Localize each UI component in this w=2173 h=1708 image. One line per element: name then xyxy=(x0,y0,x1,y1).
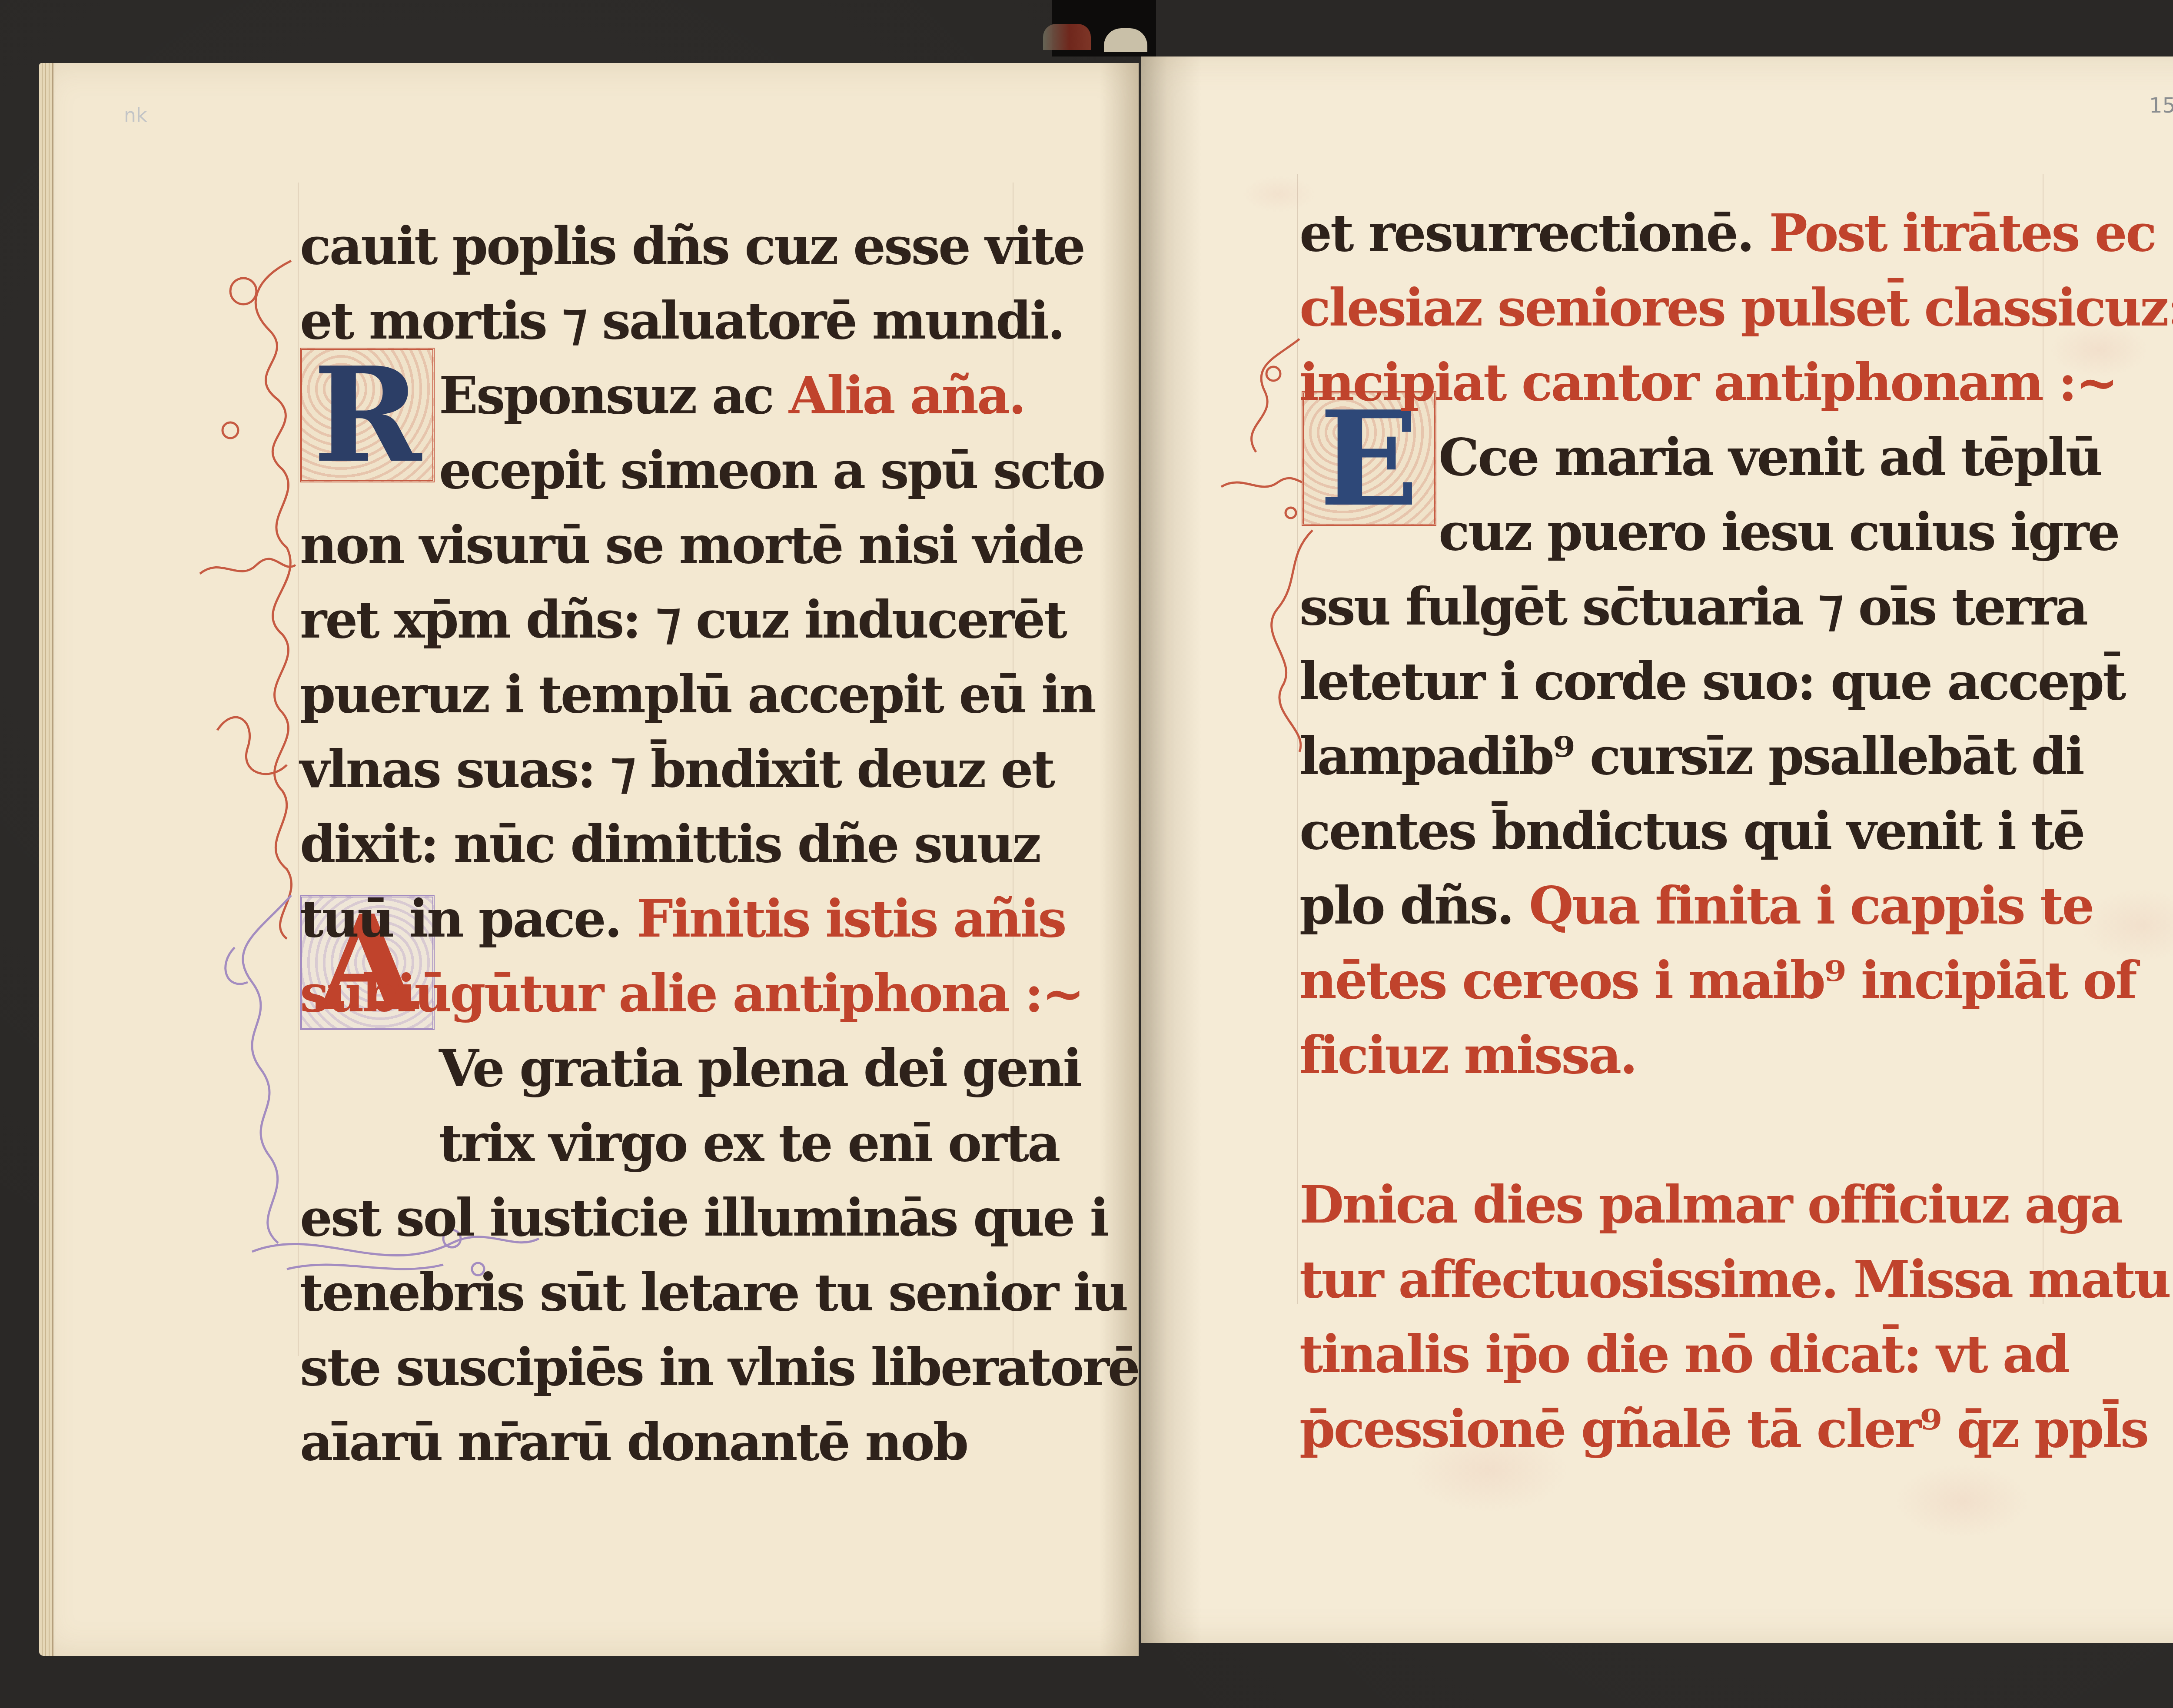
left-page-fore-edge xyxy=(39,63,53,1656)
text-line: tuū in pace. Finitis istis añis xyxy=(300,881,1030,956)
left-corner-mark: nk xyxy=(124,104,147,126)
headband-left xyxy=(1043,24,1091,50)
text-line: ste suscipiēs in vlnis liberatorē xyxy=(300,1330,1030,1405)
text-line: ficiuz missa. xyxy=(1299,1018,2056,1093)
text-line: letetur i corde suo: que accept̄ xyxy=(1299,644,2056,719)
text-line: trix virgo ex te enī orta xyxy=(300,1106,1030,1180)
text-line: aīarū nr̄arū donantē nob xyxy=(300,1405,1030,1479)
text-line: dixit: nūc dimittis dñe suuz xyxy=(300,807,1030,881)
blank-line xyxy=(1299,1093,2056,1167)
text-line: Esponsuz ac Alia aña. xyxy=(300,358,1030,433)
text-line: Cce maria venit ad tēplū xyxy=(1299,420,2056,495)
text-line: incipiat cantor antiphonam :~ xyxy=(1299,345,2056,420)
left-page-text: cauit poplis dñs cuz esse vite et mortis… xyxy=(300,209,1030,1479)
text-line: plo dñs. Qua finita i cappis te xyxy=(1299,868,2056,943)
text-line: pueruz i templū accepit eū in xyxy=(300,657,1030,732)
text-line: cuz puero iesu cuius igre xyxy=(1299,495,2056,569)
folio-number: 15 xyxy=(2149,93,2173,118)
text-line: p̄cessionē gñalē tā cler⁹ q̄z ppl̄s xyxy=(1299,1392,2056,1466)
text-line: subiūgūtur alie antiphona :~ xyxy=(300,956,1030,1031)
text-line: tur affectuosissime. Missa matu xyxy=(1299,1242,2056,1317)
rubric: Post itrātes ec xyxy=(1769,203,2155,263)
headband-right xyxy=(1104,28,1147,52)
text-line: vlnas suas: ⁊ b̄ndixit deuz et xyxy=(300,732,1030,807)
text-line: centes b̄ndictus qui venit i tē xyxy=(1299,794,2056,868)
text-line: lampadib⁹ cursīz psallebāt di xyxy=(1299,719,2056,794)
text-line: clesiaz seniores pulset̄ classicuz: ⁊ xyxy=(1299,270,2056,345)
text-line: ssu fulgēt sc̄tuaria ⁊ oīs terra xyxy=(1299,569,2056,644)
ruling-line xyxy=(1297,174,1298,1304)
text-line: ecepit simeon a spū scto xyxy=(300,433,1030,508)
text-line: et resurrectionē. Post itrātes ec xyxy=(1299,196,2056,270)
text-line: Dnica dies palmar officiuz aga xyxy=(1299,1167,2056,1242)
text-line: nētes cereos i maib⁹ incipiāt of xyxy=(1299,943,2056,1018)
text-line: tinalis ip̄o die nō dicat̄: vt ad xyxy=(1299,1317,2056,1392)
ruling-line xyxy=(298,183,299,1356)
rubric: Qua finita i cappis te xyxy=(1529,875,2093,936)
text-line: et mortis ⁊ saluatorē mundi. xyxy=(300,283,1030,358)
text-line: cauit poplis dñs cuz esse vite xyxy=(300,209,1030,283)
text-line: Ve gratia plena dei geni xyxy=(300,1031,1030,1106)
rubric: Alia aña. xyxy=(789,365,1025,425)
text-line: tenebris sūt letare tu senior iu xyxy=(300,1255,1030,1330)
text-line: ret xp̄m dñs: ⁊ cuz inducerēt xyxy=(300,582,1030,657)
text-line: est sol iusticie illuminās que i xyxy=(300,1180,1030,1255)
right-page-text: et resurrectionē. Post itrātes ec clesia… xyxy=(1299,196,2056,1466)
rubric: Finitis istis añis xyxy=(637,888,1065,949)
text-line: non visurū se mortē nisi vide xyxy=(300,508,1030,582)
